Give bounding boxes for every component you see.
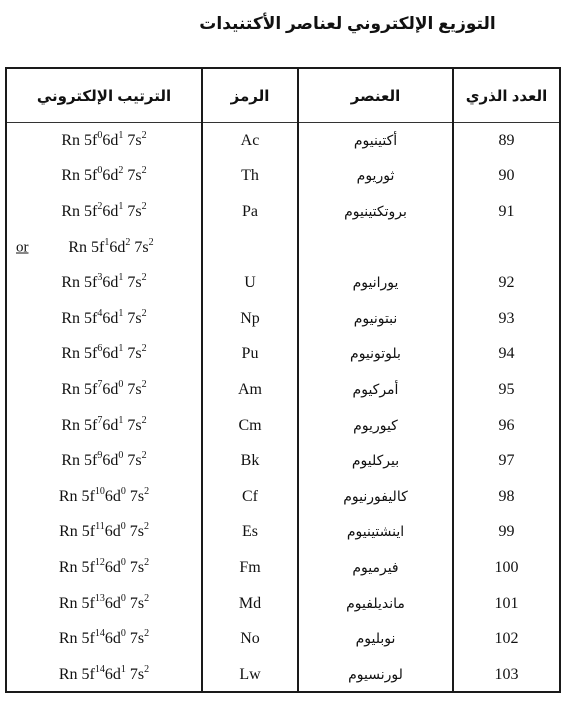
element-symbol: Pa [202,194,298,230]
element-name: مانديلفيوم [298,586,453,622]
element-symbol: Cf [202,479,298,515]
atomic-number: 98 [453,479,559,515]
core-symbol: Rn [61,167,80,184]
element-name: نبتونيوم [298,301,453,337]
configuration-text: Rn 5f126d0 7s2 [59,559,149,576]
table-row: Rn 5f36d1 7s2Uيورانيوم92 [7,265,559,301]
element-name: كاليفورنيوم [298,479,453,515]
electron-configuration-cell: Rn 5f46d1 7s2 [7,301,202,337]
table-row: Rn 5f26d1 7s2Paبروتكتينيوم91 [7,194,559,230]
atomic-number: 91 [453,194,559,230]
s-electrons: 2 [142,130,147,141]
electron-configuration-cell: Rn 5f106d0 7s2 [7,479,202,515]
f-electrons: 1 [104,237,109,248]
electron-configuration-cell: Rn 5f06d2 7s2 [7,159,202,195]
d-electrons: 1 [118,272,123,283]
d-electrons: 1 [121,664,126,675]
f-electrons: 3 [97,272,102,283]
table-row: Rn 5f76d1 7s2Cmكيوريوم96 [7,408,559,444]
table-row: Rn 5f106d0 7s2Cfكاليفورنيوم98 [7,479,559,515]
element-symbol: U [202,265,298,301]
configuration-text: Rn 5f96d0 7s2 [61,452,146,469]
element-name [298,230,453,266]
s-electrons: 2 [144,593,149,604]
atomic-number: 99 [453,515,559,551]
s-electrons: 2 [144,521,149,532]
element-name: ثوريوم [298,159,453,195]
atomic-number: 101 [453,586,559,622]
electron-configuration-cell: Rn 5f76d1 7s2 [7,408,202,444]
electron-configuration-cell: Rn 5f116d0 7s2 [7,515,202,551]
header-row: الترتيب الإلكتروني الرمز العنصر العدد ال… [7,69,559,123]
configuration-text: Rn 5f136d0 7s2 [59,595,149,612]
configuration-text: Rn 5f26d1 7s2 [61,203,146,220]
configuration-text: Rn 5f06d1 7s2 [61,132,146,149]
element-name: أكتينيوم [298,123,453,159]
atomic-number: 97 [453,443,559,479]
element-name: كيوريوم [298,408,453,444]
configuration-text: Rn 5f116d0 7s2 [59,523,149,540]
f-electrons: 7 [97,415,102,426]
header-atomic-number: العدد الذري [453,69,559,123]
element-symbol: Ac [202,123,298,159]
d-electrons: 2 [118,165,123,176]
s-electrons: 2 [142,308,147,319]
table-row: Rn 5f46d1 7s2Npنبتونيوم93 [7,301,559,337]
atomic-number: 102 [453,621,559,657]
element-name: نوبليوم [298,621,453,657]
configuration-text: Rn 5f146d0 7s2 [59,630,149,647]
configuration-text: Rn 5f76d0 7s2 [61,381,146,398]
electron-configuration-cell: orRn 5f16d2 7s2 [7,230,202,266]
f-electrons: 2 [97,201,102,212]
table-row: Rn 5f66d1 7s2Puبلوتونيوم94 [7,337,559,373]
element-symbol: Lw [202,657,298,693]
d-electrons: 0 [121,521,126,532]
core-symbol: Rn [61,203,80,220]
core-symbol: Rn [68,239,87,256]
table-row: Rn 5f126d0 7s2Fmفيرميوم100 [7,550,559,586]
element-symbol: Am [202,372,298,408]
core-symbol: Rn [59,595,78,612]
element-symbol: Es [202,515,298,551]
f-electrons: 13 [95,593,105,604]
header-element: العنصر [298,69,453,123]
table-row: Rn 5f96d0 7s2Bkبيركليوم97 [7,443,559,479]
electron-configuration-cell: Rn 5f146d1 7s2 [7,657,202,693]
element-symbol: Pu [202,337,298,373]
electron-configuration-cell: Rn 5f136d0 7s2 [7,586,202,622]
f-electrons: 9 [97,450,102,461]
configuration-text: Rn 5f106d0 7s2 [59,488,149,505]
core-symbol: Rn [59,666,78,683]
d-electrons: 0 [118,450,123,461]
electron-configuration-cell: Rn 5f66d1 7s2 [7,337,202,373]
atomic-number: 93 [453,301,559,337]
f-electrons: 6 [97,343,102,354]
d-electrons: 0 [121,628,126,639]
d-electrons: 1 [118,130,123,141]
core-symbol: Rn [61,345,80,362]
table-row: Rn 5f146d0 7s2Noنوبليوم102 [7,621,559,657]
element-name: بيركليوم [298,443,453,479]
s-electrons: 2 [142,415,147,426]
core-symbol: Rn [59,559,78,576]
core-symbol: Rn [59,630,78,647]
atomic-number: 90 [453,159,559,195]
core-symbol: Rn [61,381,80,398]
d-electrons: 0 [121,593,126,604]
s-electrons: 2 [149,237,154,248]
actinides-table: الترتيب الإلكتروني الرمز العنصر العدد ال… [5,67,561,693]
s-electrons: 2 [144,557,149,568]
d-electrons: 1 [118,343,123,354]
table-row: Rn 5f136d0 7s2Mdمانديلفيوم101 [7,586,559,622]
atomic-number: 100 [453,550,559,586]
f-electrons: 14 [95,664,105,675]
header-symbol: الرمز [202,69,298,123]
core-symbol: Rn [61,417,80,434]
s-electrons: 2 [144,664,149,675]
or-label: or [16,239,29,256]
configuration-text: Rn 5f146d1 7s2 [59,666,149,683]
d-electrons: 1 [118,308,123,319]
electron-configuration-cell: Rn 5f146d0 7s2 [7,621,202,657]
f-electrons: 0 [97,165,102,176]
core-symbol: Rn [61,132,80,149]
electron-configuration-cell: Rn 5f06d1 7s2 [7,123,202,159]
atomic-number: 103 [453,657,559,693]
atomic-number: 92 [453,265,559,301]
configuration-text: Rn 5f76d1 7s2 [61,417,146,434]
element-symbol: Np [202,301,298,337]
s-electrons: 2 [144,628,149,639]
core-symbol: Rn [61,452,80,469]
table-row: Rn 5f116d0 7s2Esاينشتينيوم99 [7,515,559,551]
f-electrons: 11 [95,521,105,532]
f-electrons: 10 [95,486,105,497]
element-symbol: Fm [202,550,298,586]
electron-configuration-table: الترتيب الإلكتروني الرمز العنصر العدد ال… [7,69,559,693]
s-electrons: 2 [142,272,147,283]
core-symbol: Rn [61,310,80,327]
element-name: فيرميوم [298,550,453,586]
table-row: orRn 5f16d2 7s2 [7,230,559,266]
s-electrons: 2 [142,450,147,461]
table-row: Rn 5f06d2 7s2Thثوريوم90 [7,159,559,195]
s-electrons: 2 [144,486,149,497]
electron-configuration-cell: Rn 5f76d0 7s2 [7,372,202,408]
electron-configuration-cell: Rn 5f36d1 7s2 [7,265,202,301]
d-electrons: 1 [118,415,123,426]
s-electrons: 2 [142,165,147,176]
configuration-text: Rn 5f46d1 7s2 [61,310,146,327]
s-electrons: 2 [142,201,147,212]
configuration-text: Rn 5f36d1 7s2 [61,274,146,291]
table-row: Rn 5f146d1 7s2Lwلورنسيوم103 [7,657,559,693]
electron-configuration-cell: Rn 5f96d0 7s2 [7,443,202,479]
table-row: Rn 5f06d1 7s2Acأكتينيوم89 [7,123,559,159]
atomic-number: 96 [453,408,559,444]
core-symbol: Rn [61,274,80,291]
s-electrons: 2 [142,379,147,390]
element-name: لورنسيوم [298,657,453,693]
element-symbol: Bk [202,443,298,479]
atomic-number: 89 [453,123,559,159]
f-electrons: 12 [95,557,105,568]
table-body: Rn 5f06d1 7s2Acأكتينيوم89Rn 5f06d2 7s2Th… [7,123,559,693]
s-electrons: 2 [142,343,147,354]
element-name: بلوتونيوم [298,337,453,373]
element-symbol: No [202,621,298,657]
atomic-number: 94 [453,337,559,373]
atomic-number [453,230,559,266]
element-name: اينشتينيوم [298,515,453,551]
page-title: التوزيع الإلكتروني لعناصر الأكتنيدات [0,14,575,34]
header-configuration: الترتيب الإلكتروني [7,69,202,123]
core-symbol: Rn [59,488,78,505]
element-name: بروتكتينيوم [298,194,453,230]
element-name: أمركيوم [298,372,453,408]
configuration-text: Rn 5f06d2 7s2 [61,167,146,184]
f-electrons: 4 [97,308,102,319]
electron-configuration-cell: Rn 5f126d0 7s2 [7,550,202,586]
element-symbol [202,230,298,266]
f-electrons: 7 [97,379,102,390]
table-row: Rn 5f76d0 7s2Amأمركيوم95 [7,372,559,408]
f-electrons: 14 [95,628,105,639]
d-electrons: 0 [121,557,126,568]
d-electrons: 2 [125,237,130,248]
configuration-text: Rn 5f16d2 7s2 [54,239,153,256]
d-electrons: 0 [118,379,123,390]
electron-configuration-cell: Rn 5f26d1 7s2 [7,194,202,230]
element-symbol: Cm [202,408,298,444]
configuration-text: Rn 5f66d1 7s2 [61,345,146,362]
core-symbol: Rn [59,523,78,540]
f-electrons: 0 [97,130,102,141]
atomic-number: 95 [453,372,559,408]
d-electrons: 1 [118,201,123,212]
element-symbol: Th [202,159,298,195]
d-electrons: 0 [121,486,126,497]
element-symbol: Md [202,586,298,622]
element-name: يورانيوم [298,265,453,301]
